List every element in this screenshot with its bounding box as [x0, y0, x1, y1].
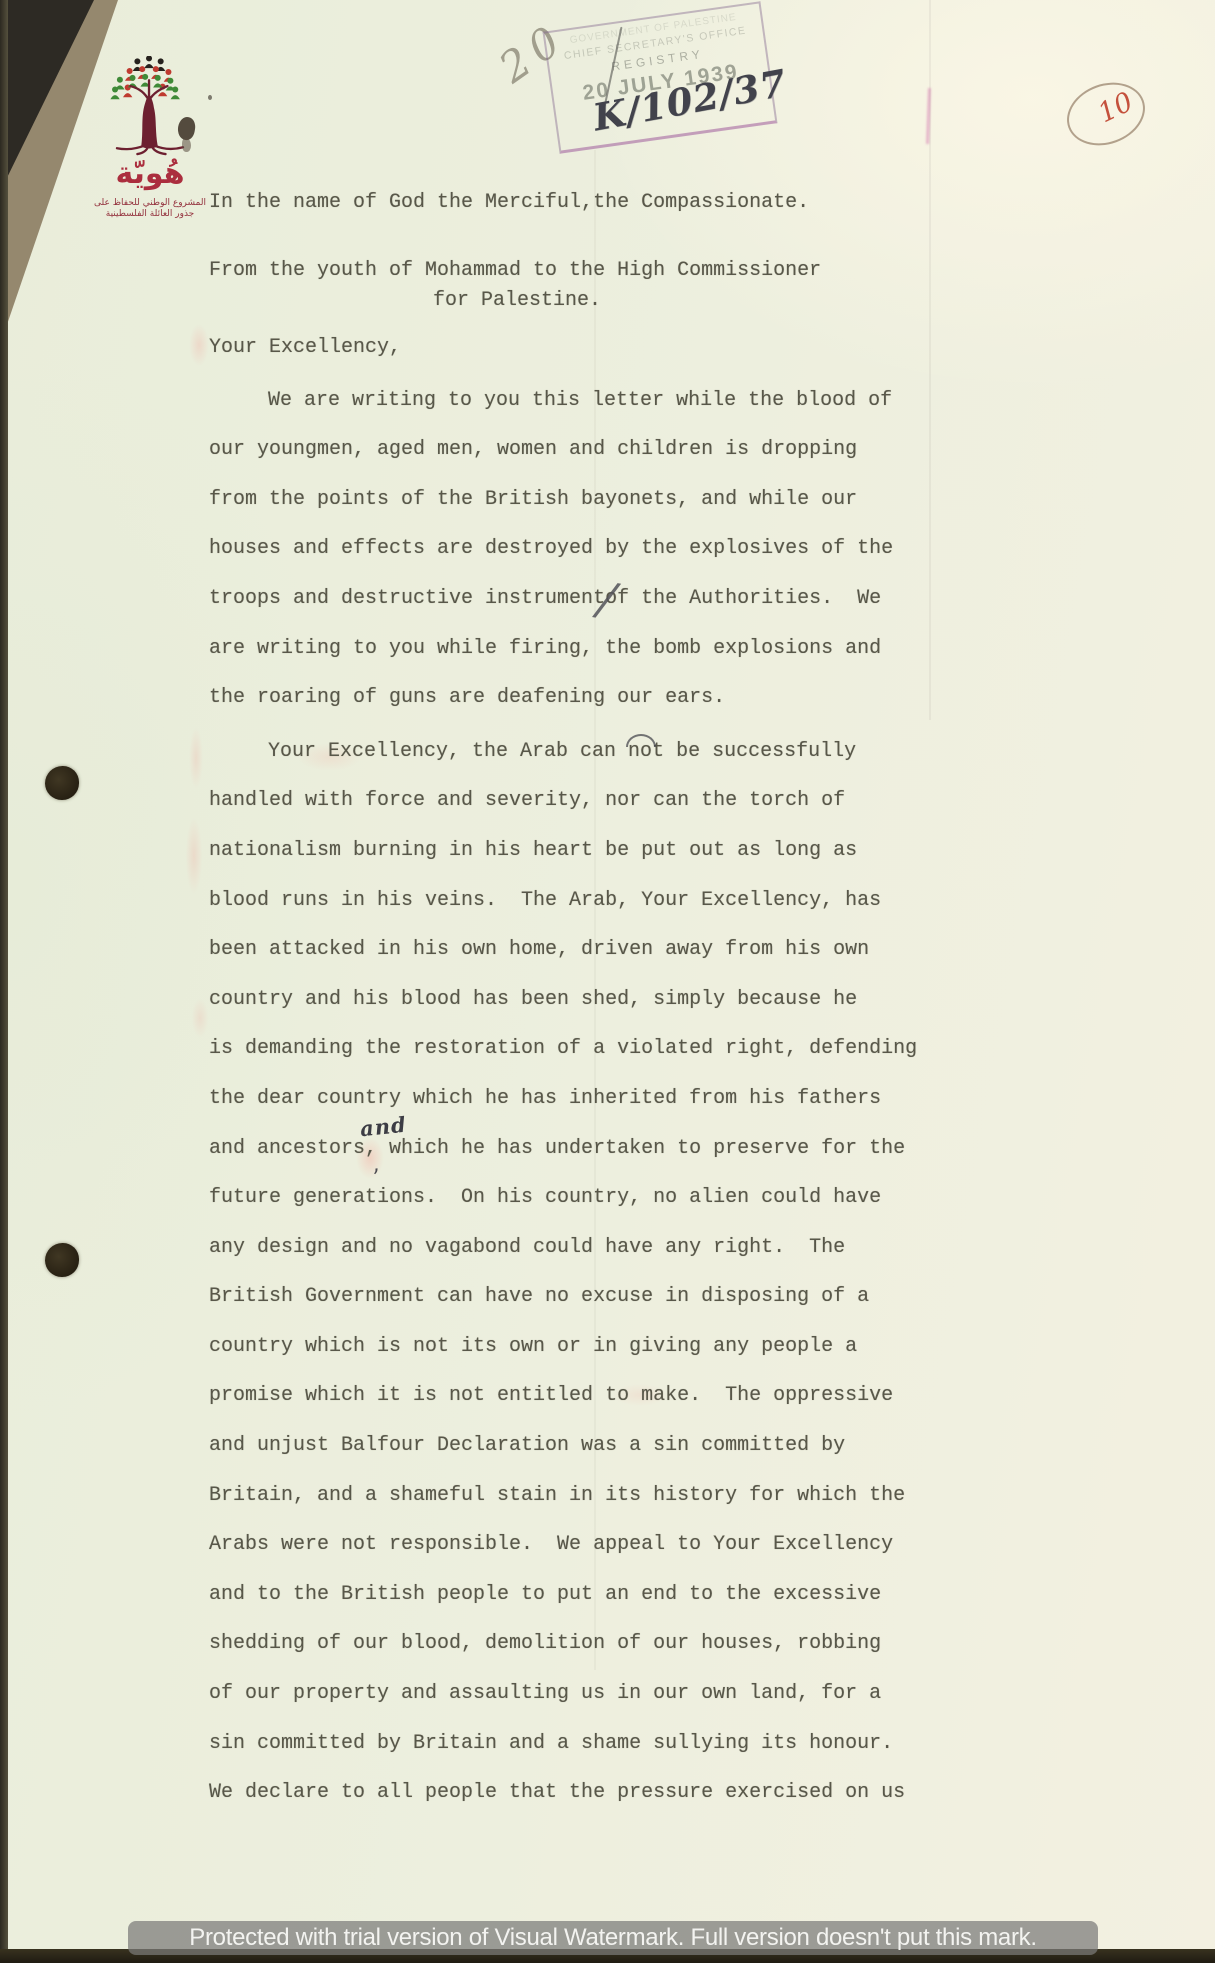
address-line: From the youth of Mohammad to the High C… — [209, 256, 825, 286]
typed-line: the roaring of guns are deafening our ea… — [209, 673, 949, 723]
typed-line: Britain, and a shameful stain in its his… — [209, 1471, 949, 1521]
punch-hole — [45, 766, 79, 800]
typed-line: shedding of our blood, demolition of our… — [209, 1619, 949, 1669]
typed-line: the dear country which he has inherited … — [209, 1074, 949, 1124]
typed-line: houses and effects are destroyed by the … — [209, 524, 949, 574]
ink-dot — [208, 95, 212, 100]
letter-body: In the name of God the Merciful,the Comp… — [209, 178, 949, 1822]
address-line: for Palestine. — [209, 286, 825, 316]
punch-hole — [45, 1243, 79, 1277]
typed-line: and unjust Balfour Declaration was a sin… — [209, 1421, 949, 1471]
typed-line: Your Excellency, the Arab can not be suc… — [209, 727, 949, 777]
typed-line: nationalism burning in his heart be put … — [209, 826, 949, 876]
paragraph: Your Excellency, the Arab can not be suc… — [209, 727, 949, 1818]
logo-tagline: المشروع الوطني للحفاظ على جذور العائلة ا… — [92, 198, 208, 220]
typed-line: We declare to all people that the pressu… — [209, 1768, 949, 1818]
typed-line: from the points of the British bayonets,… — [209, 475, 949, 525]
page-number: 10 — [1093, 86, 1137, 129]
typed-line: blood runs in his veins. The Arab, Your … — [209, 876, 949, 926]
typed-line: future generations. On his country, no a… — [209, 1173, 949, 1223]
typed-line: and ancestors, which he has undertaken t… — [209, 1124, 949, 1174]
heritage-tree-icon — [106, 56, 194, 156]
typed-line: Arabs were not responsible. We appeal to… — [209, 1520, 949, 1570]
typed-line: We are writing to you this letter while … — [209, 376, 949, 426]
typed-line: are writing to you while firing, the bom… — [209, 624, 949, 674]
handwritten-inserted-word: and — [359, 1112, 408, 1142]
typed-line: country which is not its own or in givin… — [209, 1322, 949, 1372]
typed-line: our youngmen, aged men, women and childr… — [209, 425, 949, 475]
paragraphs: We are writing to you this letter while … — [209, 376, 949, 1818]
typed-line: been attacked in his own home, driven aw… — [209, 925, 949, 975]
typed-line: handled with force and severity, nor can… — [209, 776, 949, 826]
typed-line: and to the British people to put an end … — [209, 1570, 949, 1620]
address-block: From the youth of Mohammad to the High C… — [209, 256, 825, 316]
logo-wordmark: هُويّة — [92, 156, 208, 192]
binding-edge — [0, 0, 8, 1963]
typed-line: is demanding the restoration of a violat… — [209, 1024, 949, 1074]
bismillah-line: In the name of God the Merciful,the Comp… — [209, 178, 949, 228]
typed-line: troops and destructive instrumentof the … — [209, 574, 949, 624]
watermark-bar: Protected with trial version of Visual W… — [128, 1921, 1098, 1955]
typed-line: any design and no vagabond could have an… — [209, 1223, 949, 1273]
typed-line: of our property and assaulting us in our… — [209, 1669, 949, 1719]
salutation-line: Your Excellency, — [209, 328, 949, 368]
ink-blot — [182, 138, 191, 152]
typed-line: promise which it is not entitled to make… — [209, 1371, 949, 1421]
typed-line: British Government can have no excuse in… — [209, 1272, 949, 1322]
watermark-text: Protected with trial version of Visual W… — [189, 1924, 1036, 1952]
paragraph: We are writing to you this letter while … — [209, 376, 949, 723]
typed-line: sin committed by Britain and a shame sul… — [209, 1719, 949, 1769]
typed-line: country and his blood has been shed, sim… — [209, 975, 949, 1025]
